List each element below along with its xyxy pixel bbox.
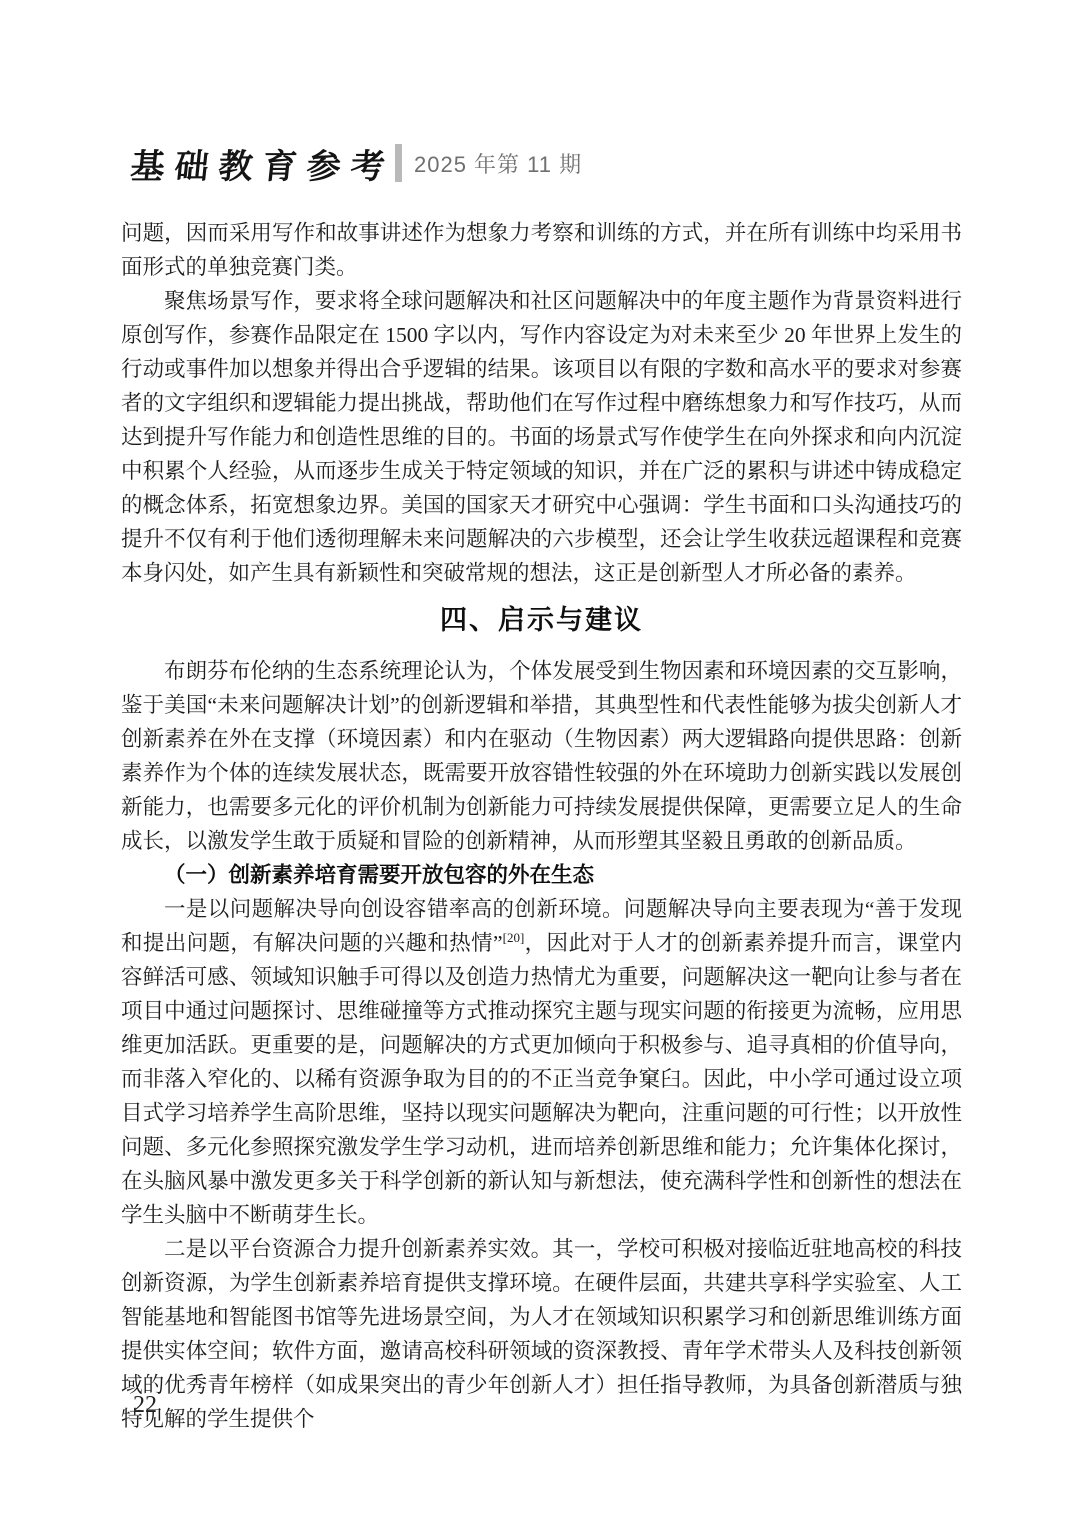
journal-title-logo: 基础教育参考: [128, 139, 397, 188]
article-body: 问题，因而采用写作和故事讲述作为想象力考察和训练的方式，并在所有训练中均采用书面…: [121, 216, 962, 1436]
point-one-text-after-citation: ，因此对于人才的创新素养提升而言，课堂内容鲜活可感、领域知识触手可得以及创造力热…: [121, 931, 962, 1227]
paragraph-continuation: 问题，因而采用写作和故事讲述作为想象力考察和训练的方式，并在所有训练中均采用书面…: [121, 216, 962, 284]
journal-page: 基础教育参考 2025 年第 11 期 问题，因而采用写作和故事讲述作为想象力考…: [0, 0, 1080, 1528]
issue-label: 2025 年第 11 期: [414, 148, 582, 179]
paragraph-point-two: 二是以平台资源合力提升创新素养实效。其一，学校可积极对接临近驻地高校的科技创新资…: [121, 1232, 962, 1436]
paragraph-point-one: 一是以问题解决导向创设容错率高的创新环境。问题解决导向主要表现为“善于发现和提出…: [121, 892, 962, 1232]
citation-ref-20: [20]: [503, 930, 525, 945]
paragraph-scene-writing: 聚焦场景写作，要求将全球问题解决和社区问题解决中的年度主题作为背景资料进行原创写…: [121, 284, 962, 590]
page-number: 22: [133, 1390, 157, 1420]
page-header: 基础教育参考 2025 年第 11 期: [131, 141, 582, 185]
paragraph-ecosystem-theory: 布朗芬布伦纳的生态系统理论认为，个体发展受到生物因素和环境因素的交互影响，鉴于美…: [121, 654, 962, 858]
subsection-heading-open-ecology: （一）创新素养培育需要开放包容的外在生态: [121, 858, 962, 892]
section-heading-insights: 四、启示与建议: [121, 600, 962, 640]
